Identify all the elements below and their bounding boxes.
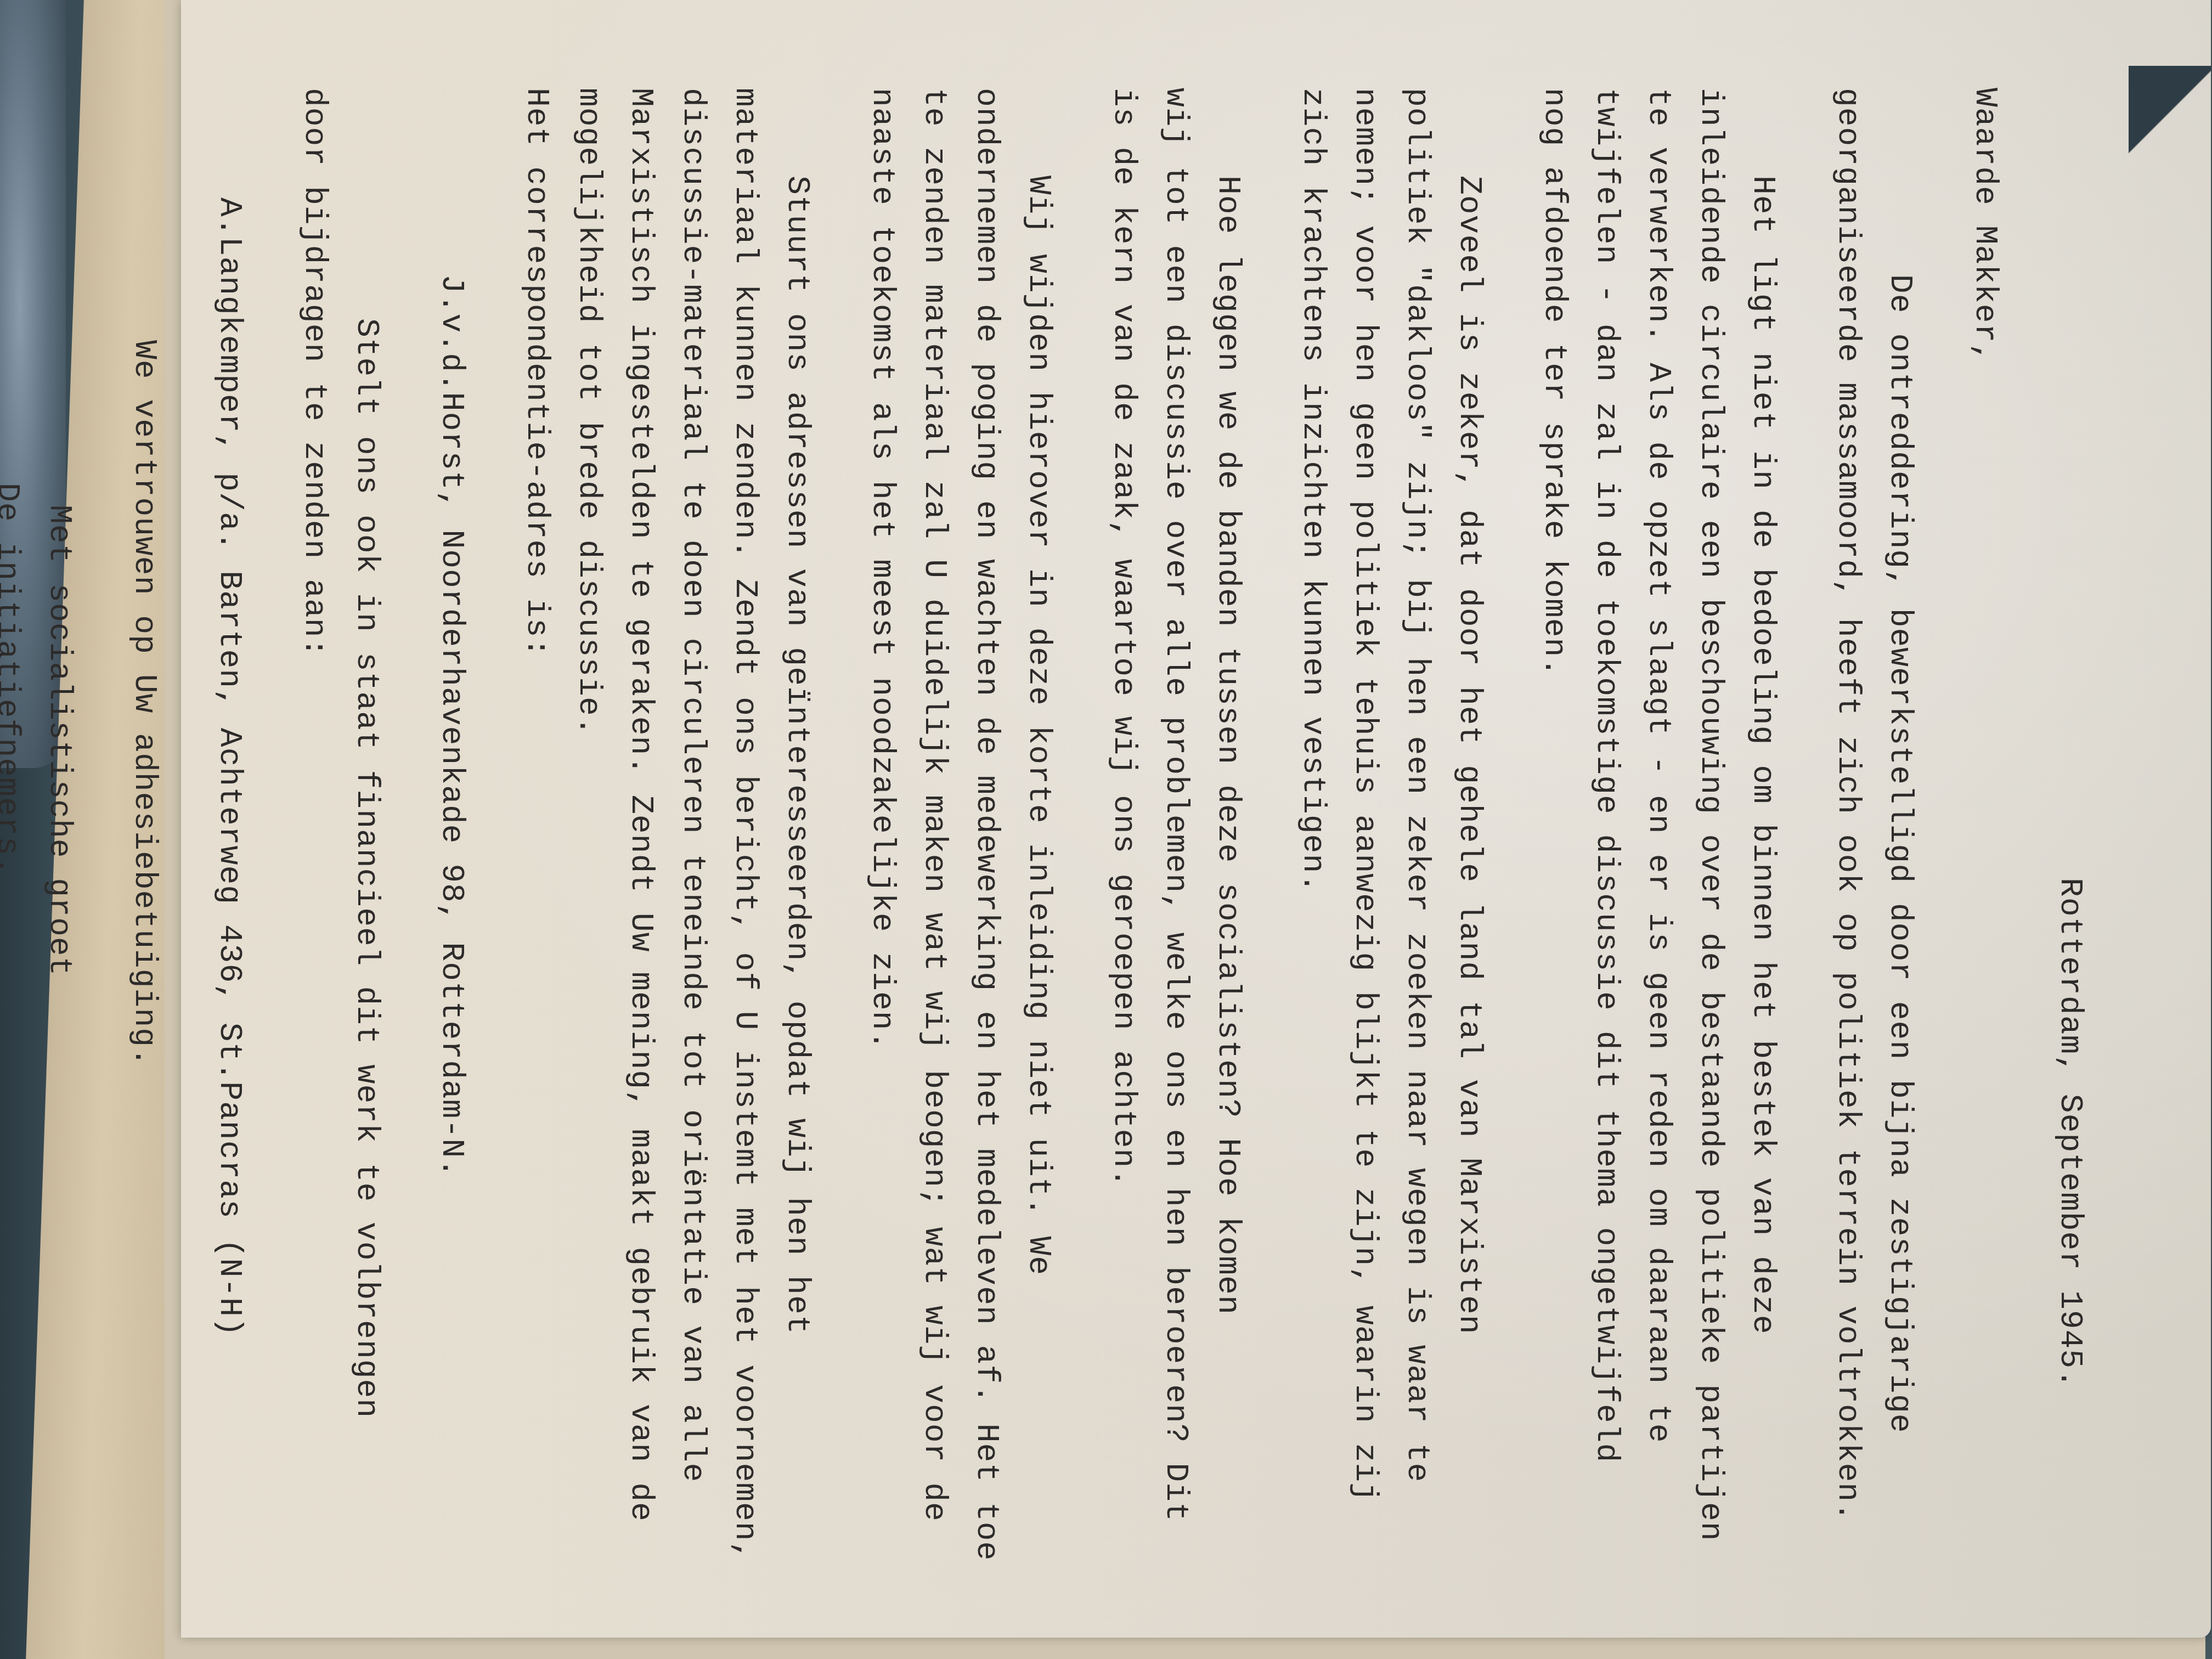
text-line: Wij wijden hierover in deze korte inleid… — [1012, 88, 1064, 1569]
paragraph-6: Stuurt ons adressen van geïnteresseerden… — [510, 88, 823, 1569]
paragraph-2: Het ligt niet in de bedoeling om binnen … — [1528, 88, 1788, 1569]
text-line: Het correspondentie-adres is: — [510, 88, 562, 1569]
text-line: Stelt ons ook in staat financieel dit we… — [340, 88, 392, 1569]
text-line: materiaal kunnen zenden. Zendt ons beric… — [719, 88, 771, 1569]
text-line: politiek "dakloos" zijn; bij hen een zek… — [1391, 88, 1443, 1569]
financial-request: Stelt ons ook in staat financieel dit we… — [288, 88, 392, 1569]
text-line: De ontreddering, bewerkstelligd door een… — [1874, 88, 1926, 1569]
paragraph-1: De ontreddering, bewerkstelligd door een… — [1821, 88, 1926, 1569]
text-line: naaste toekomst als het meest noodzakeli… — [856, 88, 908, 1569]
payment-address: A.Langkemper, p/a. Barten, Achterweg 436… — [203, 88, 255, 1569]
signature-name: De initiatiefnemers. — [0, 88, 33, 1569]
text-line: Stuurt ons adressen van geïnteresseerden… — [771, 88, 823, 1569]
text-line: wij tot een discussie over alle probleme… — [1149, 88, 1201, 1569]
photo-background: Rotterdam, September 1945. Waarde Makker… — [0, 0, 2212, 1659]
text-line: Het ligt niet in de bedoeling om binnen … — [1736, 88, 1788, 1569]
signature-greeting: Met socialistische groet — [33, 88, 85, 1569]
text-line: Marxistisch ingestelden te geraken. Zend… — [614, 88, 667, 1569]
salutation: Waarde Makker, — [1959, 88, 2011, 1569]
text-line: Hoe leggen we de banden tussen deze soci… — [1201, 88, 1254, 1569]
text-line: zich krachtens inzichten kunnen vestigen… — [1286, 88, 1339, 1569]
text-line: is de kern van de zaak, waartoe wij ons … — [1097, 88, 1149, 1569]
text-line: inleidende circulaire een beschouwing ov… — [1684, 88, 1736, 1569]
closing-line: We vertrouwen op Uw adhesiebetuiging. — [118, 88, 170, 1569]
paragraph-5: Wij wijden hierover in deze korte inleid… — [856, 88, 1064, 1569]
text-line: te zenden materiaal zal U duidelijk make… — [908, 88, 960, 1569]
text-line: discussie-materiaal te doen circuleren t… — [667, 88, 719, 1569]
text-line: ondernemen de poging en wachten de medew… — [960, 88, 1012, 1569]
signature-block: Met socialistische groet De initiatiefne… — [0, 88, 85, 1569]
text-line: Zoveel is zeker, dat door het gehele lan… — [1443, 88, 1495, 1569]
letter-body: Rotterdam, September 1945. Waarde Makker… — [0, 88, 2096, 1569]
text-line: te verwerken. Als de opzet slaagt - en e… — [1632, 88, 1684, 1569]
paragraph-4: Hoe leggen we de banden tussen deze soci… — [1097, 88, 1254, 1569]
torn-corner — [2129, 66, 2211, 176]
text-line: twijfelen - dan zal in de toekomstige di… — [1580, 88, 1632, 1569]
date-line: Rotterdam, September 1945. — [2044, 88, 2096, 1569]
correspondence-address: J.v.d.Horst, Noorderhavenkade 98, Rotter… — [425, 88, 477, 1569]
text-line: nog afdoende ter sprake komen. — [1528, 88, 1580, 1569]
text-line: mogelijkheid tot brede discussie. — [562, 88, 614, 1569]
paragraph-3: Zoveel is zeker, dat door het gehele lan… — [1286, 88, 1495, 1569]
text-line: door bijdragen te zenden aan: — [288, 88, 340, 1569]
text-line: georganiseerde massamoord, heeft zich oo… — [1821, 88, 1874, 1569]
text-line: nemen; voor hen geen politiek tehuis aan… — [1339, 88, 1391, 1569]
